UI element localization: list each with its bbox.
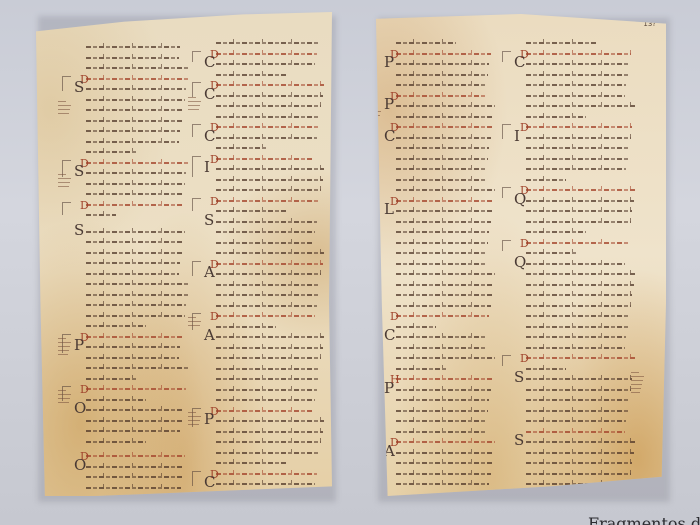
script-line [526, 326, 628, 328]
script-line [526, 399, 629, 401]
script-line [526, 53, 631, 55]
margin-bracket [192, 261, 201, 276]
script-line [86, 304, 186, 306]
initial-letter: C [204, 129, 215, 144]
script-line [86, 399, 146, 401]
script-line [86, 367, 189, 369]
script-line [526, 273, 635, 275]
script-line [396, 378, 492, 380]
margin-gloss [631, 372, 639, 373]
script-line [396, 410, 488, 412]
initial-letter: Q [514, 255, 526, 270]
script-line [216, 63, 315, 65]
margin-gloss [188, 412, 196, 413]
margin-gloss [376, 111, 381, 112]
script-line [86, 252, 182, 254]
script-line [396, 242, 488, 244]
script-line [526, 158, 628, 160]
script-line [396, 126, 492, 128]
script-line [216, 273, 321, 275]
margin-bracket [502, 51, 511, 62]
script-line [86, 262, 180, 264]
script-line [396, 273, 495, 275]
script-line [526, 42, 596, 44]
script-line [216, 53, 317, 55]
script-line [396, 305, 491, 307]
script-line [216, 336, 324, 338]
margin-gloss [58, 338, 66, 339]
script-line [396, 441, 495, 443]
initial-letter: O [74, 458, 86, 473]
margin-bracket [502, 355, 511, 366]
script-line [396, 63, 489, 65]
script-line [526, 221, 631, 223]
script-line [526, 462, 632, 464]
initial-letter: C [204, 55, 215, 70]
margin-gloss [188, 325, 200, 326]
script-line [526, 210, 632, 212]
script-line [86, 193, 183, 195]
initial-letter: O [74, 401, 86, 416]
margin-bracket [192, 471, 201, 486]
script-line [216, 357, 321, 359]
script-line [526, 368, 566, 370]
script-line [396, 231, 489, 233]
script-line [396, 263, 485, 265]
script-line [216, 378, 318, 380]
margin-gloss [58, 342, 71, 343]
script-line [216, 452, 320, 454]
margin-bracket [62, 76, 71, 91]
script-line [216, 200, 320, 202]
script-line [86, 67, 189, 69]
margin-gloss [58, 109, 70, 110]
margin-gloss [58, 346, 70, 347]
script-line [216, 137, 317, 139]
script-line [86, 162, 188, 164]
script-line [526, 231, 586, 233]
script-line [86, 273, 179, 275]
margin-bracket [192, 51, 201, 62]
script-line [396, 473, 491, 475]
script-line [396, 326, 436, 328]
script-line [526, 389, 631, 391]
initial-letter: S [74, 164, 84, 179]
margin-bracket [502, 124, 511, 139]
margin-gloss [58, 105, 71, 106]
script-line [86, 130, 180, 132]
script-line [86, 466, 184, 468]
script-line [396, 210, 492, 212]
initial-letter: C [384, 328, 395, 343]
script-line [526, 84, 626, 86]
margin-gloss [188, 424, 199, 425]
script-line [216, 126, 318, 128]
script-line [216, 116, 320, 118]
script-line [216, 95, 323, 97]
script-line [216, 294, 318, 296]
margin-gloss [58, 113, 69, 114]
script-line [526, 347, 625, 349]
margin-gloss [58, 101, 66, 102]
margin-gloss [188, 105, 200, 106]
script-line [396, 399, 489, 401]
script-line [86, 214, 116, 216]
script-line [526, 336, 626, 338]
script-line [396, 74, 488, 76]
script-line [396, 462, 492, 464]
script-line [216, 105, 321, 107]
script-line [216, 242, 314, 244]
margin-bracket [192, 156, 201, 177]
script-line [526, 252, 576, 254]
initial-letter: C [384, 129, 395, 144]
script-line [86, 441, 146, 443]
script-line [216, 441, 321, 443]
margin-bracket [192, 124, 201, 137]
script-line [86, 294, 188, 296]
margin-gloss [631, 380, 643, 381]
script-line [396, 168, 486, 170]
script-line [396, 284, 494, 286]
script-line [396, 53, 491, 55]
script-line [216, 399, 315, 401]
script-line [86, 141, 179, 143]
margin-gloss [58, 350, 69, 351]
margin-gloss [631, 388, 641, 389]
margin-gloss [188, 317, 196, 318]
script-line [216, 420, 324, 422]
script-line [86, 346, 180, 348]
script-line [216, 326, 276, 328]
initial-letter: I [514, 129, 520, 144]
script-line [216, 431, 323, 433]
script-line [86, 455, 185, 457]
margin-gloss [58, 394, 71, 395]
script-line [216, 189, 321, 191]
script-line [396, 336, 486, 338]
script-line [526, 420, 626, 422]
script-line [396, 347, 485, 349]
manuscript-right-page: 13? DPDPDCDLDCHPDADCDIDQDQDSS [376, 14, 666, 496]
script-line [396, 368, 446, 370]
script-line [526, 315, 629, 317]
script-line [396, 147, 489, 149]
initial-letter: P [384, 381, 394, 396]
script-line [396, 158, 488, 160]
script-line [526, 242, 628, 244]
script-line [86, 88, 186, 90]
script-line [216, 158, 314, 160]
script-line [216, 210, 286, 212]
script-line [216, 147, 266, 149]
initial-letter: S [204, 213, 214, 228]
script-line [86, 476, 182, 478]
margin-bracket [502, 187, 511, 198]
script-line [86, 283, 189, 285]
script-line [216, 84, 324, 86]
script-line [86, 109, 183, 111]
margin-gloss [188, 109, 199, 110]
margin-gloss [376, 115, 380, 116]
margin-gloss [188, 420, 200, 421]
script-line [86, 357, 179, 359]
manuscript-left-page: DSDSDSDPDODODCDCDCDIDSDADADPDC [36, 12, 332, 496]
script-line [86, 430, 180, 432]
initial-letter: P [384, 97, 394, 112]
script-line [526, 116, 586, 118]
initial-letter: P [384, 55, 394, 70]
initial-letter: Q [514, 192, 526, 207]
margin-gloss [58, 174, 66, 175]
script-line [216, 221, 317, 223]
script-line [396, 84, 486, 86]
script-line [526, 63, 629, 65]
margin-gloss [188, 321, 201, 322]
script-line [396, 189, 495, 191]
script-line [86, 57, 179, 59]
script-line [396, 179, 485, 181]
margin-gloss [58, 182, 70, 183]
initial-letter: A [204, 328, 215, 343]
margin-gloss [58, 390, 66, 391]
script-line [216, 368, 320, 370]
script-line [86, 231, 185, 233]
margin-bracket [502, 240, 511, 251]
script-line [86, 388, 186, 390]
script-line [86, 336, 182, 338]
script-line [216, 252, 324, 254]
script-line [86, 204, 182, 206]
script-line [526, 357, 635, 359]
initial-letter: S [74, 223, 84, 238]
script-line [526, 305, 631, 307]
margin-bracket [62, 202, 71, 215]
script-line [216, 347, 323, 349]
script-line [526, 168, 626, 170]
script-line [396, 420, 486, 422]
script-line [526, 147, 629, 149]
script-line [86, 325, 146, 327]
script-line [86, 420, 182, 422]
margin-gloss [631, 392, 640, 393]
margin-gloss [58, 398, 70, 399]
margin-gloss [58, 402, 69, 403]
script-line [86, 487, 181, 489]
script-line [396, 431, 485, 433]
margin-gloss [631, 376, 644, 377]
script-line [526, 105, 635, 107]
margin-gloss [58, 178, 71, 179]
script-line [86, 46, 180, 48]
margin-gloss [631, 384, 642, 385]
script-line [526, 200, 634, 202]
script-line [396, 294, 492, 296]
script-line [216, 231, 315, 233]
initial-letter: P [204, 412, 214, 427]
script-line [86, 409, 183, 411]
script-line [526, 95, 625, 97]
script-line [396, 200, 494, 202]
script-line [216, 389, 317, 391]
margin-gloss [58, 186, 69, 187]
initial-letter: S [514, 433, 524, 448]
margin-bracket [192, 82, 201, 97]
script-line [86, 99, 185, 101]
script-line [216, 410, 314, 412]
script-line [396, 252, 486, 254]
script-line [216, 315, 315, 317]
script-line [396, 483, 489, 485]
script-line [526, 189, 635, 191]
script-line [216, 74, 286, 76]
script-line [396, 42, 456, 44]
margin-gloss [188, 101, 201, 102]
initial-letter: P [74, 338, 84, 353]
script-line [526, 74, 628, 76]
margin-gloss [58, 354, 68, 355]
initial-letter: A [204, 265, 215, 280]
initial-letter: S [514, 370, 524, 385]
script-line [526, 294, 632, 296]
script-line [86, 378, 136, 380]
script-line [86, 78, 188, 80]
script-line [526, 441, 635, 443]
script-line [396, 389, 491, 391]
script-line [526, 473, 631, 475]
script-line [526, 410, 628, 412]
script-line [216, 305, 317, 307]
script-line [396, 95, 485, 97]
script-line [86, 183, 185, 185]
script-line [526, 452, 634, 454]
book-caption-partial: Fragmentos des [588, 514, 700, 525]
script-line [216, 483, 315, 485]
script-line [526, 263, 625, 265]
script-line [396, 137, 491, 139]
initial-letter: C [514, 55, 525, 70]
script-line [86, 172, 186, 174]
script-line [216, 284, 320, 286]
script-line [216, 168, 324, 170]
script-line [86, 315, 185, 317]
script-line [216, 462, 286, 464]
script-line [526, 126, 632, 128]
script-line [396, 221, 491, 223]
initial-letter: L [384, 202, 394, 217]
margin-gloss [188, 416, 201, 417]
script-line [396, 116, 494, 118]
script-line [86, 151, 136, 153]
script-line [396, 452, 494, 454]
script-line [396, 357, 495, 359]
script-line [216, 473, 317, 475]
initial-letter: S [74, 80, 84, 95]
script-line [216, 42, 318, 44]
script-line [526, 179, 566, 181]
script-line [526, 137, 631, 139]
script-line [86, 120, 182, 122]
margin-gloss [188, 97, 196, 98]
script-line [526, 431, 625, 433]
initial-letter: C [204, 87, 215, 102]
initial-letter: I [204, 160, 210, 175]
script-line [396, 315, 489, 317]
script-line [526, 284, 634, 286]
script-line [86, 241, 183, 243]
script-line [216, 179, 323, 181]
script-line [396, 105, 495, 107]
script-line [216, 263, 323, 265]
initial-letter: C [204, 475, 215, 490]
margin-bracket [192, 198, 201, 211]
script-line [526, 378, 632, 380]
